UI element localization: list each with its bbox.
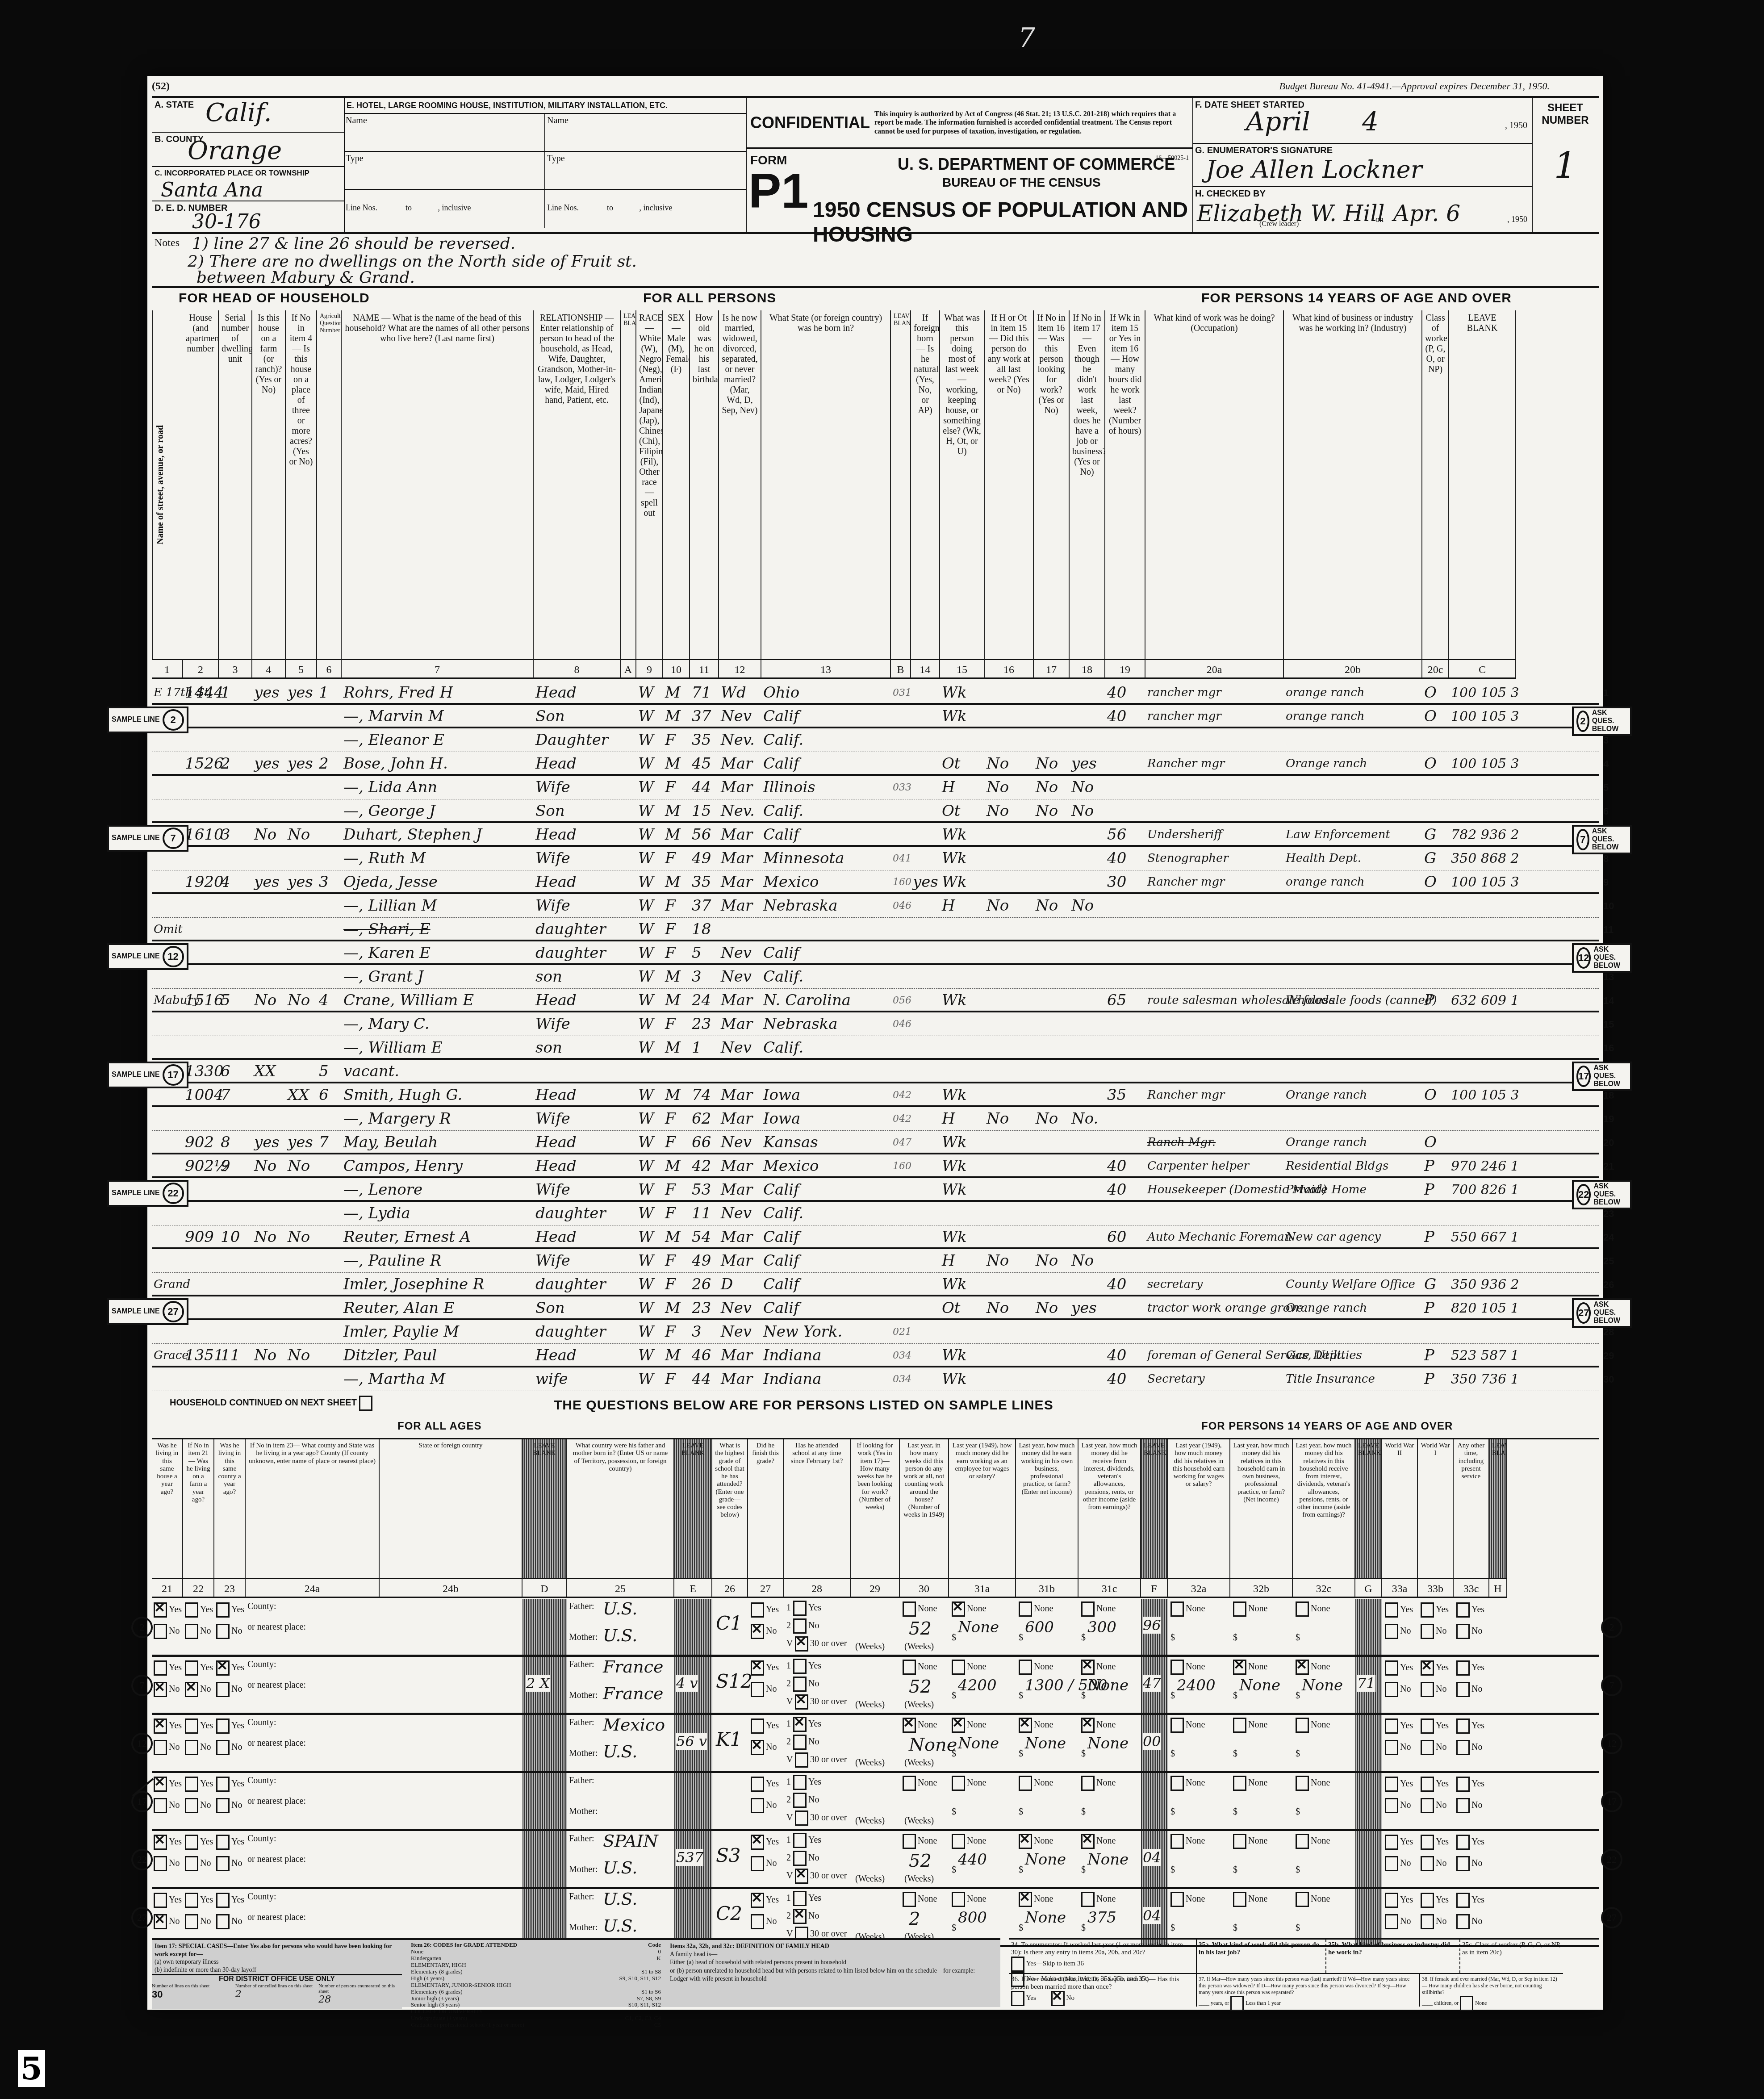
cell-c15[interactable]: H — [942, 1249, 984, 1273]
income-c31c[interactable]: None — [1087, 1851, 1129, 1869]
cell-mar[interactable] — [721, 918, 761, 941]
c22-no-checkbox[interactable] — [185, 1798, 198, 1813]
cell-age[interactable]: 15 — [692, 799, 718, 823]
cell-b[interactable] — [893, 752, 910, 776]
cell-street[interactable] — [154, 1012, 182, 1036]
c28-30-over-checkbox[interactable] — [795, 1869, 808, 1884]
c28-30-over-checkbox[interactable] — [795, 1752, 808, 1768]
cell-birth[interactable]: Calif — [763, 823, 890, 847]
c28-yes-checkbox[interactable] — [793, 1775, 807, 1790]
cell-c19[interactable] — [1107, 918, 1145, 941]
cell-ind[interactable]: New car agency — [1286, 1225, 1421, 1249]
cell-race[interactable]: W — [638, 989, 662, 1012]
c33b-yes-checkbox[interactable] — [1421, 1719, 1434, 1734]
cell-race[interactable]: W — [638, 1320, 662, 1344]
cell-ind[interactable]: orange ranch — [1286, 705, 1421, 728]
cell-ind[interactable] — [1286, 1060, 1421, 1083]
cell-race[interactable]: W — [638, 1273, 662, 1296]
cell-race[interactable]: W — [638, 1249, 662, 1273]
c33a-yes-checkbox[interactable] — [1385, 1835, 1398, 1850]
cell-house[interactable] — [185, 1249, 218, 1273]
cell-c17[interactable] — [1036, 941, 1069, 965]
cell-c19[interactable]: 40 — [1107, 681, 1145, 705]
cell-rel[interactable]: Son — [535, 705, 620, 728]
cell-serial[interactable] — [221, 776, 251, 799]
cell-race[interactable]: W — [638, 847, 662, 870]
cell-age[interactable]: 62 — [692, 1107, 718, 1131]
cell-name[interactable]: Imler, Paylie M — [343, 1320, 533, 1344]
c28-no-checkbox[interactable] — [793, 1677, 807, 1692]
cell-c18[interactable] — [1071, 1083, 1104, 1107]
cell-c16[interactable] — [987, 1131, 1033, 1154]
sheet-number-field[interactable]: SHEET NUMBER 1 — [1532, 98, 1599, 232]
cell-nat[interactable] — [913, 1225, 939, 1249]
cell-nat[interactable]: yes — [913, 870, 939, 894]
cell-race[interactable]: W — [638, 776, 662, 799]
cell-name[interactable]: —, Martha M — [343, 1367, 533, 1391]
cell-ind[interactable] — [1286, 776, 1421, 799]
cell-b[interactable]: 041 — [893, 847, 910, 870]
c21-yes-checkbox[interactable] — [154, 1835, 167, 1850]
cell-b[interactable]: 042 — [893, 1083, 910, 1107]
c33b-yes-checkbox[interactable] — [1421, 1893, 1434, 1908]
cell-code[interactable] — [1451, 941, 1515, 965]
cell-agri[interactable]: 5 — [319, 1060, 341, 1083]
cell-serial[interactable]: 1 — [221, 681, 251, 705]
cell-house[interactable] — [185, 1036, 218, 1060]
cell-c19[interactable]: 60 — [1107, 1225, 1145, 1249]
cell-house[interactable] — [185, 776, 218, 799]
cell-birth[interactable]: Calif — [763, 1178, 890, 1202]
c31b-none-checkbox[interactable] — [1019, 1660, 1032, 1675]
cell-farm[interactable]: No — [254, 989, 285, 1012]
cell-acres[interactable] — [288, 1036, 316, 1060]
cell-birth[interactable]: Kansas — [763, 1131, 890, 1154]
cell-mar[interactable]: Nev. — [721, 728, 761, 752]
c33c-yes-checkbox[interactable] — [1456, 1602, 1470, 1618]
cell-serial[interactable] — [221, 1296, 251, 1320]
cell-acres[interactable]: XX — [288, 1083, 316, 1107]
cell-code[interactable] — [1451, 1036, 1515, 1060]
cell-b[interactable] — [893, 1273, 910, 1296]
cell-race[interactable]: W — [638, 1107, 662, 1131]
cell-birth[interactable] — [763, 1060, 890, 1083]
q34-yes-checkbox[interactable] — [1011, 1957, 1024, 1972]
cell-ind[interactable] — [1286, 799, 1421, 823]
cell-c15[interactable]: Wk — [942, 1367, 984, 1391]
cell-c18[interactable] — [1071, 823, 1104, 847]
cell-age[interactable]: 44 — [692, 776, 718, 799]
cell-c18[interactable] — [1071, 1225, 1104, 1249]
cell-acres[interactable] — [288, 941, 316, 965]
cell-b[interactable] — [893, 918, 910, 941]
cell-code[interactable] — [1451, 728, 1515, 752]
cell-c16[interactable] — [987, 1036, 1033, 1060]
cell-rel[interactable]: Daughter — [535, 728, 620, 752]
c32b-none-checkbox[interactable] — [1233, 1601, 1246, 1617]
cell-serial[interactable] — [221, 1202, 251, 1225]
cell-race[interactable]: W — [638, 1012, 662, 1036]
cell-acres[interactable] — [288, 1202, 316, 1225]
cell-race[interactable]: W — [638, 823, 662, 847]
cell-c17[interactable] — [1036, 1060, 1069, 1083]
father-birthplace[interactable]: U.S. — [603, 1889, 637, 1909]
cell-occ[interactable] — [1147, 1012, 1283, 1036]
cell-c16[interactable] — [987, 1320, 1033, 1344]
c33c-no-checkbox[interactable] — [1456, 1624, 1470, 1639]
cell-c18[interactable]: No — [1071, 894, 1104, 918]
cell-mar[interactable]: Mar — [721, 1249, 761, 1273]
c32a-none-checkbox[interactable] — [1170, 1776, 1184, 1791]
cell-house[interactable]: 909 — [185, 1225, 218, 1249]
cell-c18[interactable] — [1071, 1344, 1104, 1367]
cell-age[interactable]: 35 — [692, 870, 718, 894]
income-c31b[interactable]: None — [1025, 1909, 1066, 1927]
c28-yes-checkbox[interactable] — [793, 1659, 807, 1674]
cell-age[interactable]: 49 — [692, 847, 718, 870]
cell-c18[interactable] — [1071, 1012, 1104, 1036]
cell-occ[interactable]: Carpenter helper — [1147, 1154, 1283, 1178]
cell-ind[interactable]: orange ranch — [1286, 870, 1421, 894]
c27-yes-checkbox[interactable] — [751, 1719, 764, 1734]
cell-agri[interactable] — [319, 918, 341, 941]
cell-c17[interactable]: No — [1036, 1249, 1069, 1273]
cell-rel[interactable]: daughter — [535, 918, 620, 941]
cell-c16[interactable] — [987, 705, 1033, 728]
cell-c17[interactable] — [1036, 1367, 1069, 1391]
c32a-none-checkbox[interactable] — [1170, 1601, 1184, 1617]
c27-no-checkbox[interactable] — [751, 1856, 764, 1871]
cell-c18[interactable]: No. — [1071, 1107, 1104, 1131]
cell-house[interactable] — [185, 965, 218, 989]
cell-name[interactable]: —, Lydia — [343, 1202, 533, 1225]
cell-c19[interactable] — [1107, 1107, 1145, 1131]
cell-nat[interactable] — [913, 918, 939, 941]
cell-nat[interactable] — [913, 1344, 939, 1367]
cell-house[interactable] — [185, 1273, 218, 1296]
cell-rel[interactable]: Head — [535, 752, 620, 776]
cell-c19[interactable]: 40 — [1107, 1367, 1145, 1391]
c28-30-over-checkbox[interactable] — [795, 1810, 808, 1826]
c21-no-checkbox[interactable] — [154, 1914, 167, 1929]
cell-cls[interactable] — [1424, 1107, 1448, 1131]
cell-agri[interactable]: 3 — [319, 870, 341, 894]
c32a-none-checkbox[interactable] — [1170, 1718, 1184, 1733]
grade-attended[interactable]: C2 — [716, 1902, 742, 1924]
cell-rel[interactable]: daughter — [535, 1320, 620, 1344]
cell-c15[interactable] — [942, 1012, 984, 1036]
cell-birth[interactable]: Nebraska — [763, 894, 890, 918]
cell-c15[interactable]: Wk — [942, 705, 984, 728]
cell-street[interactable] — [154, 1154, 182, 1178]
cell-c15[interactable]: Wk — [942, 1273, 984, 1296]
cell-b[interactable]: 031 — [893, 681, 910, 705]
cell-ind[interactable] — [1286, 1036, 1421, 1060]
c27-no-checkbox[interactable] — [751, 1914, 764, 1929]
c23-yes-checkbox[interactable] — [216, 1777, 230, 1792]
cell-c18[interactable] — [1071, 728, 1104, 752]
cell-rel[interactable]: Wife — [535, 847, 620, 870]
cell-b[interactable]: 042 — [893, 1107, 910, 1131]
cell-nat[interactable] — [913, 705, 939, 728]
cell-c19[interactable] — [1107, 1249, 1145, 1273]
cell-birth[interactable]: Mexico — [763, 870, 890, 894]
cell-street[interactable] — [154, 1320, 182, 1344]
cell-house[interactable]: 1444 — [185, 681, 218, 705]
cell-c16[interactable]: No — [987, 776, 1033, 799]
cell-serial[interactable]: 3 — [221, 823, 251, 847]
cell-house[interactable]: 1516 — [185, 989, 218, 1012]
cell-c16[interactable] — [987, 1225, 1033, 1249]
cell-street[interactable] — [154, 847, 182, 870]
cell-ind[interactable] — [1286, 894, 1421, 918]
cell-c19[interactable] — [1107, 1202, 1145, 1225]
cell-sex[interactable]: F — [665, 894, 689, 918]
c23-no-checkbox[interactable] — [216, 1914, 230, 1929]
cell-serial[interactable]: 8 — [221, 1131, 251, 1154]
cell-ind[interactable]: orange ranch — [1286, 681, 1421, 705]
cell-agri[interactable] — [319, 1178, 341, 1202]
cell-house[interactable]: 1351 — [185, 1344, 218, 1367]
c33c-yes-checkbox[interactable] — [1456, 1660, 1470, 1676]
cell-sex[interactable]: M — [665, 1225, 689, 1249]
cell-house[interactable] — [185, 1320, 218, 1344]
cell-age[interactable]: 3 — [692, 965, 718, 989]
cell-sex[interactable]: F — [665, 1367, 689, 1391]
cell-c18[interactable] — [1071, 1320, 1104, 1344]
cell-nat[interactable] — [913, 752, 939, 776]
cell-c15[interactable]: Wk — [942, 989, 984, 1012]
cell-c15[interactable]: Wk — [942, 1225, 984, 1249]
cell-c16[interactable] — [987, 1083, 1033, 1107]
cell-serial[interactable] — [221, 1036, 251, 1060]
cell-farm[interactable] — [254, 965, 285, 989]
cell-c18[interactable] — [1071, 870, 1104, 894]
weeks-worked[interactable]: 52 — [909, 1677, 932, 1697]
cell-mar[interactable]: Mar — [721, 1178, 761, 1202]
cell-c19[interactable]: 40 — [1107, 847, 1145, 870]
cell-c17[interactable] — [1036, 1178, 1069, 1202]
cell-agri[interactable]: 4 — [319, 989, 341, 1012]
cell-race[interactable]: W — [638, 705, 662, 728]
cell-c17[interactable] — [1036, 1036, 1069, 1060]
cell-acres[interactable]: No — [288, 1154, 316, 1178]
c30-none-checkbox[interactable] — [903, 1601, 916, 1617]
cell-c16[interactable] — [987, 823, 1033, 847]
c33c-no-checkbox[interactable] — [1456, 1856, 1470, 1871]
c33a-yes-checkbox[interactable] — [1385, 1777, 1398, 1792]
cell-birth[interactable]: Indiana — [763, 1367, 890, 1391]
cell-mar[interactable]: Mar — [721, 1107, 761, 1131]
cell-ind[interactable] — [1286, 1012, 1421, 1036]
cell-acres[interactable] — [288, 1107, 316, 1131]
cell-birth[interactable]: Calif. — [763, 728, 890, 752]
cell-house[interactable] — [185, 799, 218, 823]
cell-code[interactable]: 100 105 3 — [1451, 752, 1515, 776]
cell-c16[interactable] — [987, 1060, 1033, 1083]
cell-cls[interactable] — [1424, 1202, 1448, 1225]
cell-rel[interactable]: Wife — [535, 894, 620, 918]
cell-birth[interactable]: Iowa — [763, 1107, 890, 1131]
c28-yes-checkbox[interactable] — [793, 1891, 807, 1906]
c30-none-checkbox[interactable] — [903, 1776, 916, 1791]
cell-c19[interactable]: 65 — [1107, 989, 1145, 1012]
cell-cls[interactable]: O — [1424, 1083, 1448, 1107]
cell-code[interactable] — [1451, 1107, 1515, 1131]
cell-name[interactable]: Imler, Josephine R — [343, 1273, 533, 1296]
cell-age[interactable]: 49 — [692, 1249, 718, 1273]
cell-birth[interactable]: Calif. — [763, 1036, 890, 1060]
cell-nat[interactable] — [913, 1249, 939, 1273]
cell-birth[interactable]: N. Carolina — [763, 989, 890, 1012]
cell-c18[interactable] — [1071, 681, 1104, 705]
cell-cls[interactable]: P — [1424, 1154, 1448, 1178]
cell-name[interactable]: Ditzler, Paul — [343, 1344, 533, 1367]
cell-race[interactable]: W — [638, 918, 662, 941]
c33c-yes-checkbox[interactable] — [1456, 1719, 1470, 1734]
cell-street[interactable] — [154, 776, 182, 799]
cell-street[interactable] — [154, 1367, 182, 1391]
cell-name[interactable]: —, William E — [343, 1036, 533, 1060]
cell-mar[interactable]: Mar — [721, 989, 761, 1012]
q35a[interactable]: 35a. What kind of work did this person d… — [1197, 1940, 1326, 1973]
c21-no-checkbox[interactable] — [154, 1682, 167, 1697]
cell-code[interactable]: 350 936 2 — [1451, 1273, 1515, 1296]
cell-acres[interactable] — [288, 965, 316, 989]
cell-c17[interactable] — [1036, 823, 1069, 847]
cell-c16[interactable] — [987, 1367, 1033, 1391]
c22-yes-checkbox[interactable] — [185, 1660, 198, 1676]
c33b-no-checkbox[interactable] — [1421, 1914, 1434, 1929]
cell-c19[interactable] — [1107, 1320, 1145, 1344]
cell-sex[interactable]: M — [665, 681, 689, 705]
c23-yes-checkbox[interactable] — [216, 1602, 230, 1618]
cell-serial[interactable]: 4 — [221, 870, 251, 894]
c21-yes-checkbox[interactable] — [154, 1719, 167, 1734]
cell-race[interactable]: W — [638, 870, 662, 894]
cell-code[interactable] — [1451, 1202, 1515, 1225]
cell-code[interactable]: 782 936 2 — [1451, 823, 1515, 847]
cell-acres[interactable] — [288, 799, 316, 823]
cell-mar[interactable]: Nev — [721, 941, 761, 965]
cell-occ[interactable]: Secretary — [1147, 1367, 1283, 1391]
c33c-no-checkbox[interactable] — [1456, 1682, 1470, 1697]
cell-c15[interactable] — [942, 941, 984, 965]
cell-code[interactable]: 100 105 3 — [1451, 1083, 1515, 1107]
cell-house[interactable]: 902 — [185, 1131, 218, 1154]
cell-code[interactable]: 700 826 1 — [1451, 1178, 1515, 1202]
cell-agri[interactable] — [319, 799, 341, 823]
cell-c19[interactable]: 40 — [1107, 1344, 1145, 1367]
cell-street[interactable]: E 17th St. — [154, 681, 182, 705]
cell-nat[interactable] — [913, 1012, 939, 1036]
cell-farm[interactable] — [254, 776, 285, 799]
cell-occ[interactable] — [1147, 918, 1283, 941]
cell-agri[interactable] — [319, 1249, 341, 1273]
cell-farm[interactable] — [254, 1249, 285, 1273]
c32a-none-checkbox[interactable] — [1170, 1834, 1184, 1849]
cell-mar[interactable]: Nev — [721, 1320, 761, 1344]
cell-rel[interactable]: Wife — [535, 776, 620, 799]
c33a-no-checkbox[interactable] — [1385, 1740, 1398, 1755]
cell-farm[interactable] — [254, 1036, 285, 1060]
cell-acres[interactable]: yes — [288, 752, 316, 776]
cell-rel[interactable]: Head — [535, 1083, 620, 1107]
c32b-none-checkbox[interactable] — [1233, 1834, 1246, 1849]
county-field[interactable]: b. COUNTY Orange — [152, 133, 344, 167]
c31b-none-checkbox[interactable] — [1019, 1892, 1032, 1907]
cell-farm[interactable] — [254, 1083, 285, 1107]
cell-c15[interactable]: Wk — [942, 1154, 984, 1178]
cell-c16[interactable] — [987, 847, 1033, 870]
state-field[interactable]: a. STATE Calif. — [152, 98, 344, 133]
cell-street[interactable] — [154, 752, 182, 776]
cell-house[interactable] — [185, 847, 218, 870]
cell-b[interactable]: 046 — [893, 1012, 910, 1036]
cell-cls[interactable] — [1424, 799, 1448, 823]
cell-serial[interactable]: 9 — [221, 1154, 251, 1178]
cell-acres[interactable]: No — [288, 1225, 316, 1249]
cell-farm[interactable] — [254, 941, 285, 965]
cell-c15[interactable] — [942, 728, 984, 752]
c31a-none-checkbox[interactable] — [952, 1892, 965, 1907]
c21-yes-checkbox[interactable] — [154, 1777, 167, 1792]
cell-serial[interactable] — [221, 1178, 251, 1202]
cell-ind[interactable] — [1286, 965, 1421, 989]
cell-occ[interactable]: Auto Mechanic Foreman — [1147, 1225, 1283, 1249]
c31a-none-checkbox[interactable] — [952, 1601, 965, 1617]
cell-serial[interactable] — [221, 1320, 251, 1344]
cell-occ[interactable]: Rancher mgr — [1147, 1083, 1283, 1107]
enumerator-field[interactable]: g. ENUMERATOR'S SIGNATURE Joe Allen Lock… — [1192, 144, 1532, 187]
cell-cls[interactable] — [1424, 918, 1448, 941]
cell-age[interactable]: 23 — [692, 1296, 718, 1320]
cell-code[interactable] — [1451, 799, 1515, 823]
cell-c15[interactable]: Wk — [942, 1178, 984, 1202]
cell-serial[interactable] — [221, 1012, 251, 1036]
cell-c19[interactable] — [1107, 728, 1145, 752]
family-income-c32c[interactable]: None — [1302, 1677, 1343, 1694]
cell-cls[interactable]: G — [1424, 847, 1448, 870]
cell-rel[interactable]: Son — [535, 799, 620, 823]
cell-name[interactable]: —, Grant J — [343, 965, 533, 989]
cell-sex[interactable]: M — [665, 965, 689, 989]
cell-name[interactable]: Smith, Hugh G. — [343, 1083, 533, 1107]
cell-c18[interactable]: No — [1071, 776, 1104, 799]
cell-c15[interactable] — [942, 918, 984, 941]
cell-cls[interactable] — [1424, 1012, 1448, 1036]
cell-race[interactable]: W — [638, 1367, 662, 1391]
cell-c17[interactable] — [1036, 918, 1069, 941]
cell-name[interactable]: —, Marvin M — [343, 705, 533, 728]
cell-nat[interactable] — [913, 941, 939, 965]
cell-c15[interactable]: Wk — [942, 1131, 984, 1154]
cell-mar[interactable]: Nev — [721, 1296, 761, 1320]
cell-farm[interactable]: yes — [254, 681, 285, 705]
cell-occ[interactable]: Undersheriff — [1147, 823, 1283, 847]
cell-rel[interactable]: Head — [535, 1131, 620, 1154]
cell-c18[interactable] — [1071, 941, 1104, 965]
cell-mar[interactable]: Nev — [721, 965, 761, 989]
cell-c19[interactable]: 40 — [1107, 1273, 1145, 1296]
cell-c16[interactable] — [987, 918, 1033, 941]
cell-mar[interactable]: Mar — [721, 776, 761, 799]
cell-c16[interactable] — [987, 965, 1033, 989]
cell-nat[interactable] — [913, 799, 939, 823]
cell-farm[interactable]: XX — [254, 1060, 285, 1083]
c33b-no-checkbox[interactable] — [1421, 1856, 1434, 1871]
cell-rel[interactable] — [535, 1060, 620, 1083]
